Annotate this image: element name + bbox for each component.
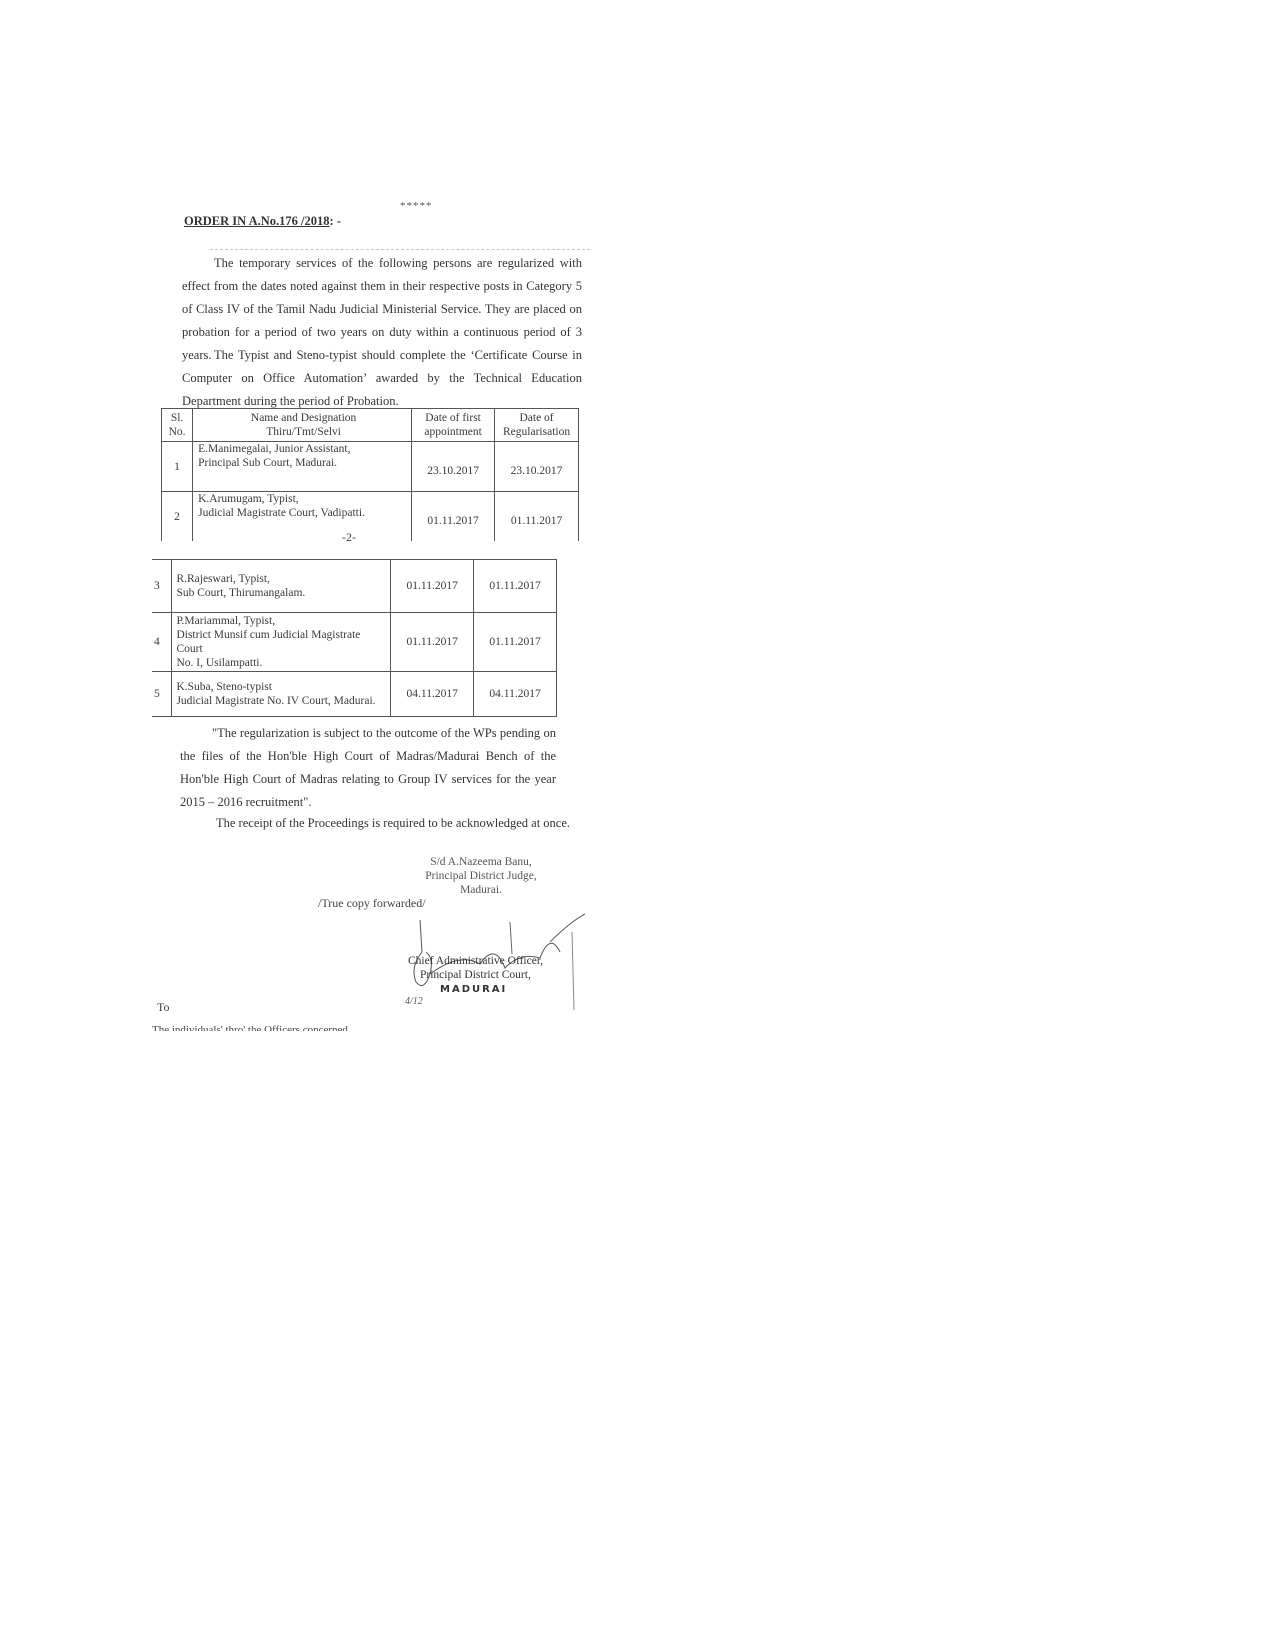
- to-label: To: [157, 1000, 170, 1015]
- header-name-line1: Name and Designation: [251, 412, 356, 424]
- employee-posting: District Munsif cum Judicial Magistrate …: [176, 629, 360, 655]
- signatory-name: S/d A.Nazeema Banu,: [416, 855, 546, 869]
- employee-posting: Judicial Magistrate Court, Vadipatti.: [198, 507, 365, 519]
- cell-regularisation: 01.11.2017: [495, 492, 579, 542]
- employee-posting-line2: No. I, Usilampatti.: [176, 657, 262, 669]
- order-title-main: ORDER IN A.No.176 /2018: [184, 214, 330, 228]
- signatory-place: Madurai.: [416, 883, 546, 897]
- office-stamp: MADURAI: [440, 984, 507, 995]
- employee-posting: Judicial Magistrate No. IV Court, Madura…: [176, 695, 375, 707]
- cell-regularisation: 01.11.2017: [474, 613, 557, 672]
- paragraph-acknowledgement: The receipt of the Proceedings is requir…: [216, 816, 570, 831]
- employee-name: E.Manimegalai, Junior Assistant,: [198, 443, 350, 455]
- table-row: 1 E.Manimegalai, Junior Assistant,Princi…: [162, 442, 579, 492]
- order-title-suffix: : -: [330, 214, 341, 228]
- table-row: 2 K.Arumugam, Typist,Judicial Magistrate…: [162, 492, 579, 542]
- header-first-appt-line2: appointment: [424, 426, 482, 438]
- order-title: ORDER IN A.No.176 /2018: -: [184, 214, 341, 229]
- forwarding-officer-office: Principal District Court,: [408, 968, 543, 982]
- signatory-block: S/d A.Nazeema Banu, Principal District J…: [416, 855, 546, 897]
- cell-first-appointment: 01.11.2017: [391, 560, 474, 613]
- cell-first-appointment: 23.10.2017: [412, 442, 495, 492]
- cell-regularisation: 04.11.2017: [474, 672, 557, 717]
- cell-sl: 1: [162, 442, 193, 492]
- regularization-table-part2: 3 R.Rajeswari, Typist,Sub Court, Thiruma…: [152, 559, 557, 717]
- cell-name: E.Manimegalai, Junior Assistant,Principa…: [193, 442, 412, 492]
- header-reg-line2: Regularisation: [503, 426, 570, 438]
- header-regularisation: Date ofRegularisation: [495, 409, 579, 442]
- employee-posting: Sub Court, Thirumangalam.: [176, 587, 305, 599]
- cell-name: P.Mariammal, Typist,District Munsif cum …: [172, 613, 391, 672]
- header-first-appointment: Date of firstappointment: [412, 409, 495, 442]
- paragraph-wp-condition: "The regularization is subject to the ou…: [180, 722, 556, 814]
- forwarding-officer-block: Chief Administrative Officer, Principal …: [408, 954, 543, 982]
- table-row: 3 R.Rajeswari, Typist,Sub Court, Thiruma…: [152, 560, 557, 613]
- employee-name: R.Rajeswari, Typist,: [176, 573, 270, 585]
- cell-first-appointment: 04.11.2017: [391, 672, 474, 717]
- cell-first-appointment: 01.11.2017: [391, 613, 474, 672]
- employee-name: P.Mariammal, Typist,: [176, 615, 275, 627]
- table-row: 5 K.Suba, Steno-typistJudicial Magistrat…: [152, 672, 557, 717]
- page-number: -2-: [342, 530, 356, 545]
- recipients-line-partial: The individuals' thro' the Officers conc…: [152, 1024, 348, 1031]
- scan-dashed-line: [210, 249, 590, 250]
- handwritten-date: 4/12: [405, 996, 423, 1007]
- employee-name: K.Arumugam, Typist,: [198, 493, 299, 505]
- table-row: 4 P.Mariammal, Typist,District Munsif cu…: [152, 613, 557, 672]
- forwarding-officer-title: Chief Administrative Officer,: [408, 954, 543, 968]
- header-reg-line1: Date of: [519, 412, 553, 424]
- table-header-row: Sl.No. Name and DesignationThiru/Tmt/Sel…: [162, 409, 579, 442]
- header-name-line2: Thiru/Tmt/Selvi: [266, 426, 341, 438]
- paragraph-certificate-course: The Typist and Steno-typist should compl…: [182, 344, 582, 413]
- cell-sl: 5: [152, 672, 172, 717]
- cell-name: K.Arumugam, Typist,Judicial Magistrate C…: [193, 492, 412, 542]
- signatory-designation: Principal District Judge,: [416, 869, 546, 883]
- cell-regularisation: 23.10.2017: [495, 442, 579, 492]
- cell-sl: 4: [152, 613, 172, 672]
- header-name-designation: Name and DesignationThiru/Tmt/Selvi: [193, 409, 412, 442]
- regularization-table-part1: Sl.No. Name and DesignationThiru/Tmt/Sel…: [161, 408, 579, 541]
- header-first-appt-line1: Date of first: [425, 412, 481, 424]
- cell-name: K.Suba, Steno-typistJudicial Magistrate …: [172, 672, 391, 717]
- cell-regularisation: 01.11.2017: [474, 560, 557, 613]
- header-sl-line1: Sl.: [171, 412, 183, 424]
- cell-first-appointment: 01.11.2017: [412, 492, 495, 542]
- employee-name: K.Suba, Steno-typist: [176, 681, 272, 693]
- header-sl-no: Sl.No.: [162, 409, 193, 442]
- cell-sl: 3: [152, 560, 172, 613]
- true-copy-note: /True copy forwarded/: [318, 896, 426, 911]
- cell-name: R.Rajeswari, Typist,Sub Court, Thirumang…: [172, 560, 391, 613]
- employee-posting: Principal Sub Court, Madurai.: [198, 457, 337, 469]
- cell-sl: 2: [162, 492, 193, 542]
- separator-stars: *****: [400, 200, 433, 212]
- header-sl-line2: No.: [169, 426, 186, 438]
